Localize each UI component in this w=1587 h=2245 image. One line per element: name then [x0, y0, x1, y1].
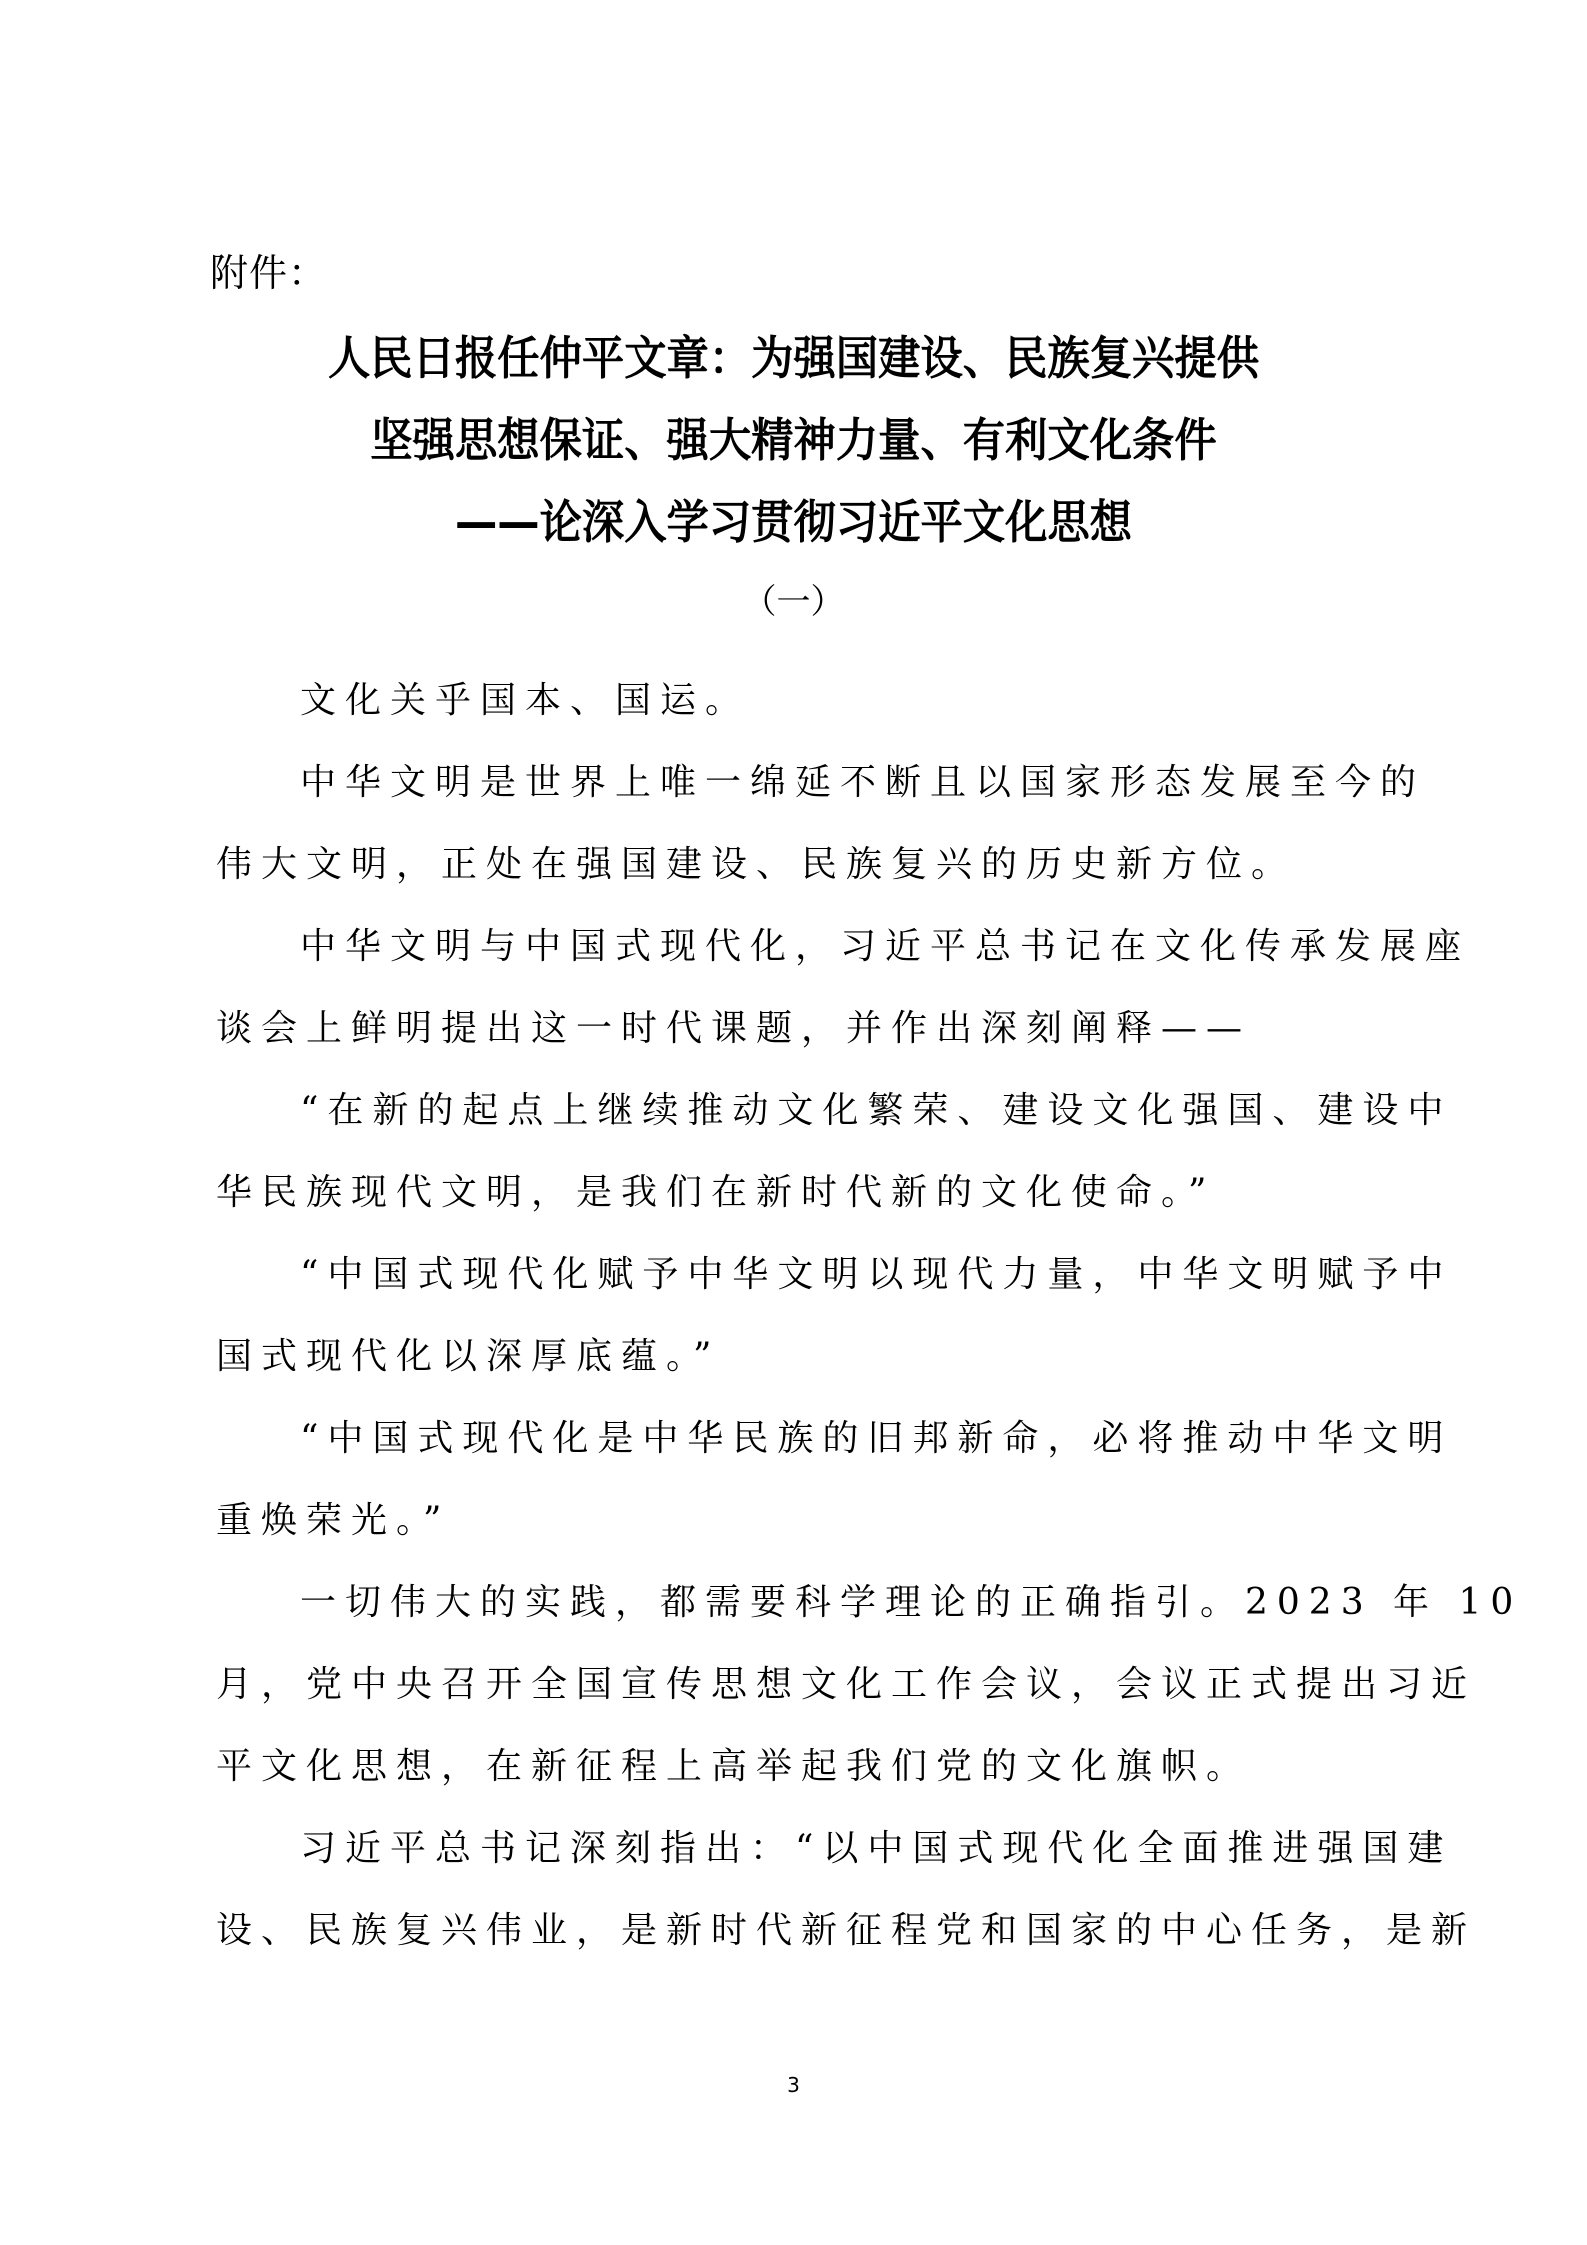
title-line-2: 坚强思想保证、强大精神力量、有利文化条件	[63, 410, 1523, 470]
paragraph-line: “中国式现代化赋予中华文明以现代力量，中华文明赋予中	[300, 1250, 1470, 1300]
paragraph-line: 设、民族复兴伟业，是新时代新征程党和国家的中心任务，是新	[216, 1906, 1386, 1956]
attachment-label: 附件：	[210, 248, 327, 298]
paragraph-line: 华民族现代文明，是我们在新时代新的文化使命。”	[216, 1168, 1386, 1218]
paragraph-line: 中华文明与中国式现代化，习近平总书记在文化传承发展座	[300, 922, 1470, 972]
paragraph-line: 习近平总书记深刻指出：“以中国式现代化全面推进强国建	[300, 1824, 1470, 1874]
paragraph-line: 月，党中央召开全国宣传思想文化工作会议，会议正式提出习近	[216, 1660, 1386, 1710]
paragraph-line: 重焕荣光。”	[216, 1496, 1386, 1546]
paragraph-line: 文化关乎国本、国运。	[300, 676, 1470, 726]
paragraph-line: 伟大文明，正处在强国建设、民族复兴的历史新方位。	[216, 840, 1386, 890]
paragraph-line: 平文化思想，在新征程上高举起我们党的文化旗帜。	[216, 1742, 1386, 1792]
section-number: （一）	[0, 580, 1587, 624]
title-line-1: 人民日报任仲平文章：为强国建设、民族复兴提供	[63, 328, 1523, 388]
paragraph-line: “在新的起点上继续推动文化繁荣、建设文化强国、建设中	[300, 1086, 1470, 1136]
paragraph-line: 一切伟大的实践，都需要科学理论的正确指引。2023 年 10	[300, 1578, 1470, 1628]
paragraph-line: 中华文明是世界上唯一绵延不断且以国家形态发展至今的	[300, 758, 1470, 808]
paragraph-line: “中国式现代化是中华民族的旧邦新命，必将推动中华文明	[300, 1414, 1470, 1464]
paragraph-line: 谈会上鲜明提出这一时代课题，并作出深刻阐释——	[216, 1004, 1386, 1054]
paragraph-line: 国式现代化以深厚底蕴。”	[216, 1332, 1386, 1382]
document-page: 附件： 人民日报任仲平文章：为强国建设、民族复兴提供 坚强思想保证、强大精神力量…	[0, 0, 1587, 2245]
page-number: 3	[0, 2072, 1587, 2098]
title-line-3: ——论深入学习贯彻习近平文化思想	[63, 492, 1523, 552]
